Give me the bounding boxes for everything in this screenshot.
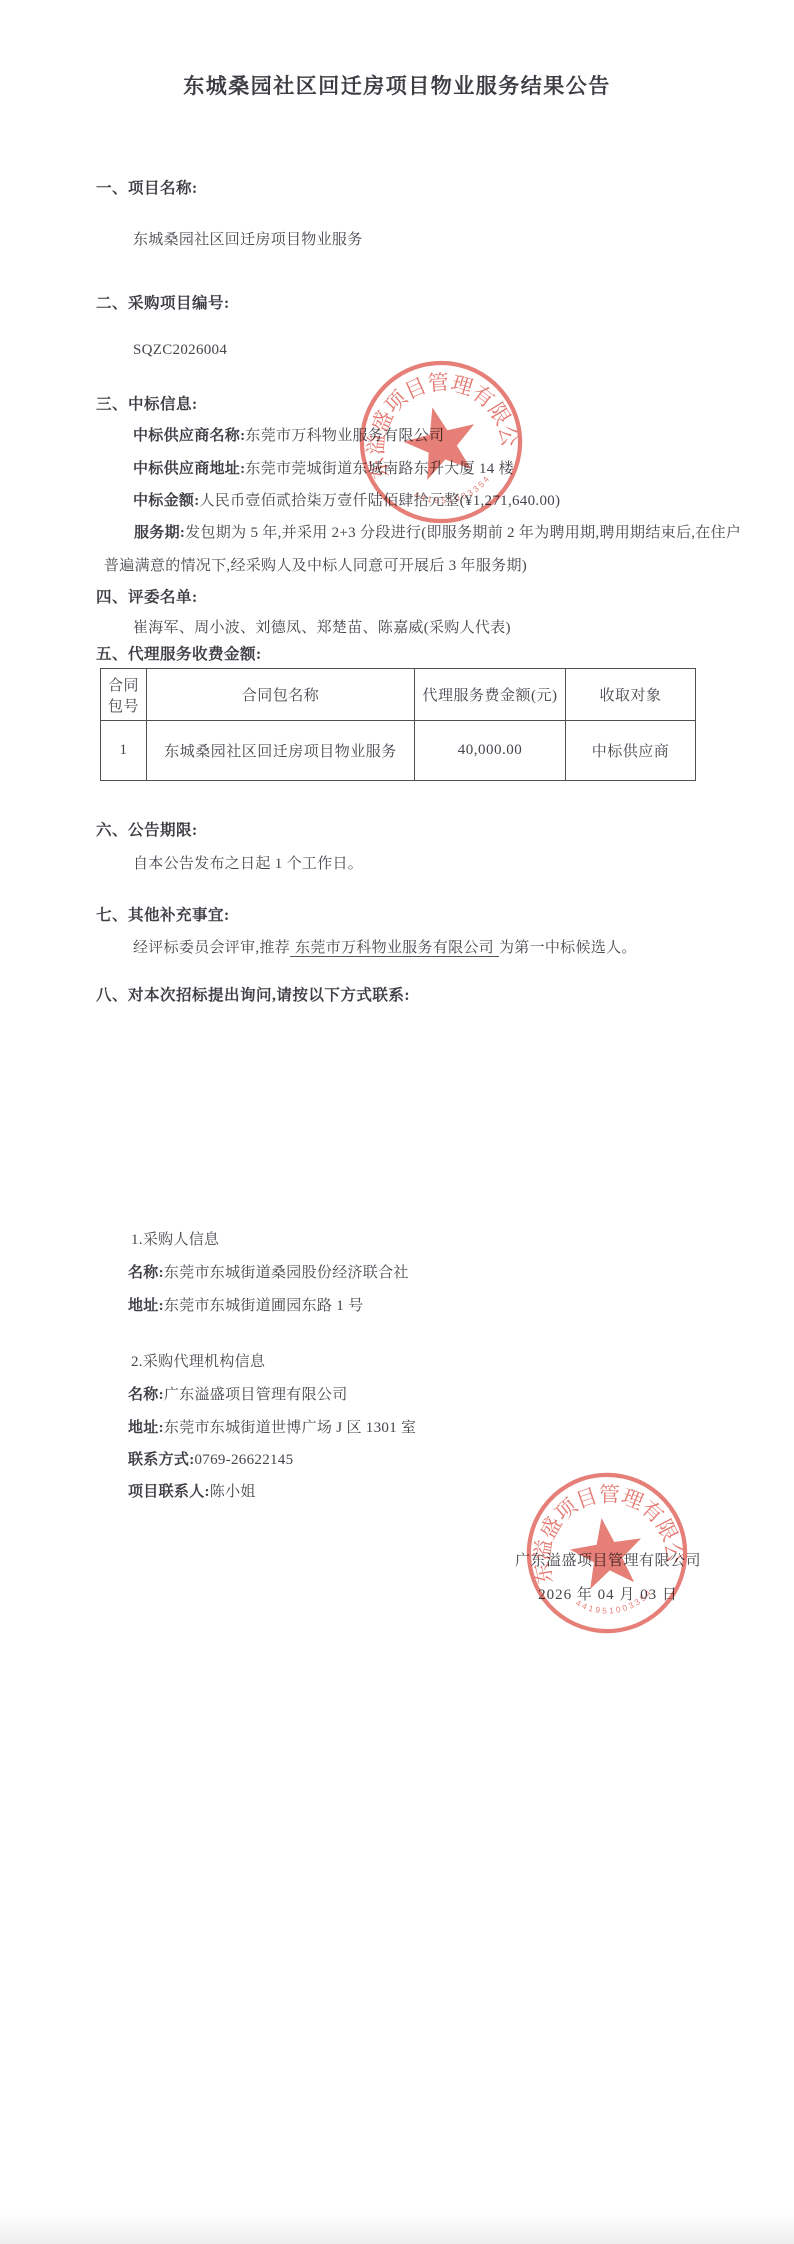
award-amount-line: 中标金额:人民币壹佰贰拾柒万壹仟陆佰肆拾元整(¥1,271,640.00): [133, 489, 560, 510]
purchaser-info-heading: 1.采购人信息: [131, 1228, 219, 1249]
award-amount-value: 人民币壹佰贰拾柒万壹仟陆佰肆拾元整(¥1,271,640.00): [200, 493, 561, 509]
award-supplier-value: 东莞市万科物业服务有限公司: [245, 428, 444, 444]
table-header-charge-target: 收取对象: [566, 669, 696, 721]
recommended-supplier-underlined: 东莞市万科物业服务有限公司: [290, 940, 499, 957]
agency-address-line: 地址:东莞市东城街道世博广场 J 区 1301 室: [128, 1416, 416, 1437]
section-3-heading: 三、中标信息:: [96, 392, 198, 414]
award-period-value: 发包期为 5 年,并采用 2+3 分段进行(即服务期前 2 年为聘用期,聘用期结…: [104, 525, 741, 574]
purchaser-address-line: 地址:东莞市东城街道圃园东路 1 号: [128, 1294, 363, 1315]
signature-block: 广东溢盛项目管理有限公司 2026 年 04 月 03 日: [470, 1549, 746, 1604]
section-1-heading: 一、项目名称:: [96, 176, 198, 198]
table-cell-package-no: 1: [101, 721, 147, 781]
award-period-label: 服务期:: [134, 525, 185, 541]
table-header-fee-amount: 代理服务费金额(元): [415, 669, 566, 721]
award-amount-label: 中标金额:: [133, 493, 200, 509]
award-address-label: 中标供应商地址:: [133, 461, 245, 477]
other-matters-prefix: 经评标委员会评审,推荐: [133, 940, 290, 956]
section-2-content: SQZC2026004: [133, 342, 227, 359]
table-cell-charge-target: 中标供应商: [566, 721, 696, 781]
section-4-content: 崔海军、周小波、刘德凤、郑楚苗、陈嘉威(采购人代表): [133, 616, 511, 637]
section-8-heading: 八、对本次招标提出询问,请按以下方式联系:: [96, 983, 410, 1005]
section-1-content: 东城桑园社区回迁房项目物业服务: [133, 228, 363, 249]
table-cell-package-name: 东城桑园社区回迁房项目物业服务: [147, 721, 415, 781]
section-2-heading: 二、采购项目编号:: [96, 291, 230, 313]
agency-name-line: 名称:广东溢盛项目管理有限公司: [128, 1383, 348, 1404]
agency-address-label: 地址:: [128, 1420, 164, 1436]
agency-phone-line: 联系方式:0769-26622145: [128, 1448, 293, 1469]
section-4-heading: 四、评委名单:: [96, 585, 198, 607]
award-address-value: 东莞市莞城街道东城南路东升大厦 14 楼: [245, 461, 514, 477]
agency-phone-label: 联系方式:: [128, 1452, 195, 1468]
purchaser-address-label: 地址:: [128, 1298, 164, 1314]
agency-name-label: 名称:: [128, 1387, 164, 1403]
award-address-line: 中标供应商地址:东莞市莞城街道东城南路东升大厦 14 楼: [133, 457, 514, 478]
table-header-package-no: 合同包号: [101, 669, 147, 721]
table-cell-fee-amount: 40,000.00: [415, 721, 566, 781]
table-header-row: 合同包号 合同包名称 代理服务费金额(元) 收取对象: [101, 669, 696, 721]
agency-name-value: 广东溢盛项目管理有限公司: [164, 1387, 348, 1403]
purchaser-name-value: 东莞市东城街道桑园股份经济联合社: [164, 1265, 409, 1281]
agency-fee-table: 合同包号 合同包名称 代理服务费金额(元) 收取对象 1 东城桑园社区回迁房项目…: [100, 668, 696, 781]
table-row: 1 东城桑园社区回迁房项目物业服务 40,000.00 中标供应商: [101, 721, 696, 781]
section-5-heading: 五、代理服务收费金额:: [96, 642, 262, 664]
signature-date: 2026 年 04 月 03 日: [470, 1583, 746, 1604]
section-7-heading: 七、其他补充事宜:: [96, 903, 230, 925]
other-matters-suffix: 为第一中标候选人。: [499, 940, 637, 956]
section-7-content: 经评标委员会评审,推荐东莞市万科物业服务有限公司为第一中标候选人。: [133, 936, 637, 957]
scan-bottom-edge: [0, 2214, 794, 2244]
agency-info-heading: 2.采购代理机构信息: [131, 1350, 265, 1371]
table-header-package-name: 合同包名称: [147, 669, 415, 721]
signature-company: 广东溢盛项目管理有限公司: [470, 1549, 746, 1570]
announcement-document: 东城桑园社区回迁房项目物业服务结果公告 一、项目名称: 东城桑园社区回迁房项目物…: [0, 0, 794, 2244]
agency-contact-line: 项目联系人:陈小姐: [128, 1480, 256, 1501]
award-period-paragraph: 服务期:发包期为 5 年,并采用 2+3 分段进行(即服务期前 2 年为聘用期,…: [104, 517, 754, 583]
award-supplier-label: 中标供应商名称:: [133, 428, 245, 444]
agency-address-value: 东莞市东城街道世博广场 J 区 1301 室: [164, 1420, 416, 1436]
purchaser-name-line: 名称:东莞市东城街道桑园股份经济联合社: [128, 1261, 409, 1282]
agency-contact-label: 项目联系人:: [128, 1484, 210, 1500]
purchaser-address-value: 东莞市东城街道圃园东路 1 号: [164, 1298, 364, 1314]
agency-phone-value: 0769-26622145: [195, 1452, 294, 1468]
award-supplier-line: 中标供应商名称:东莞市万科物业服务有限公司: [133, 424, 444, 445]
section-6-heading: 六、公告期限:: [96, 818, 198, 840]
section-6-content: 自本公告发布之日起 1 个工作日。: [133, 852, 363, 873]
agency-contact-value: 陈小姐: [210, 1484, 256, 1500]
agency-fee-table-container: 合同包号 合同包名称 代理服务费金额(元) 收取对象 1 东城桑园社区回迁房项目…: [100, 668, 696, 781]
page-title: 东城桑园社区回迁房项目物业服务结果公告: [0, 70, 794, 100]
purchaser-name-label: 名称:: [128, 1265, 164, 1281]
